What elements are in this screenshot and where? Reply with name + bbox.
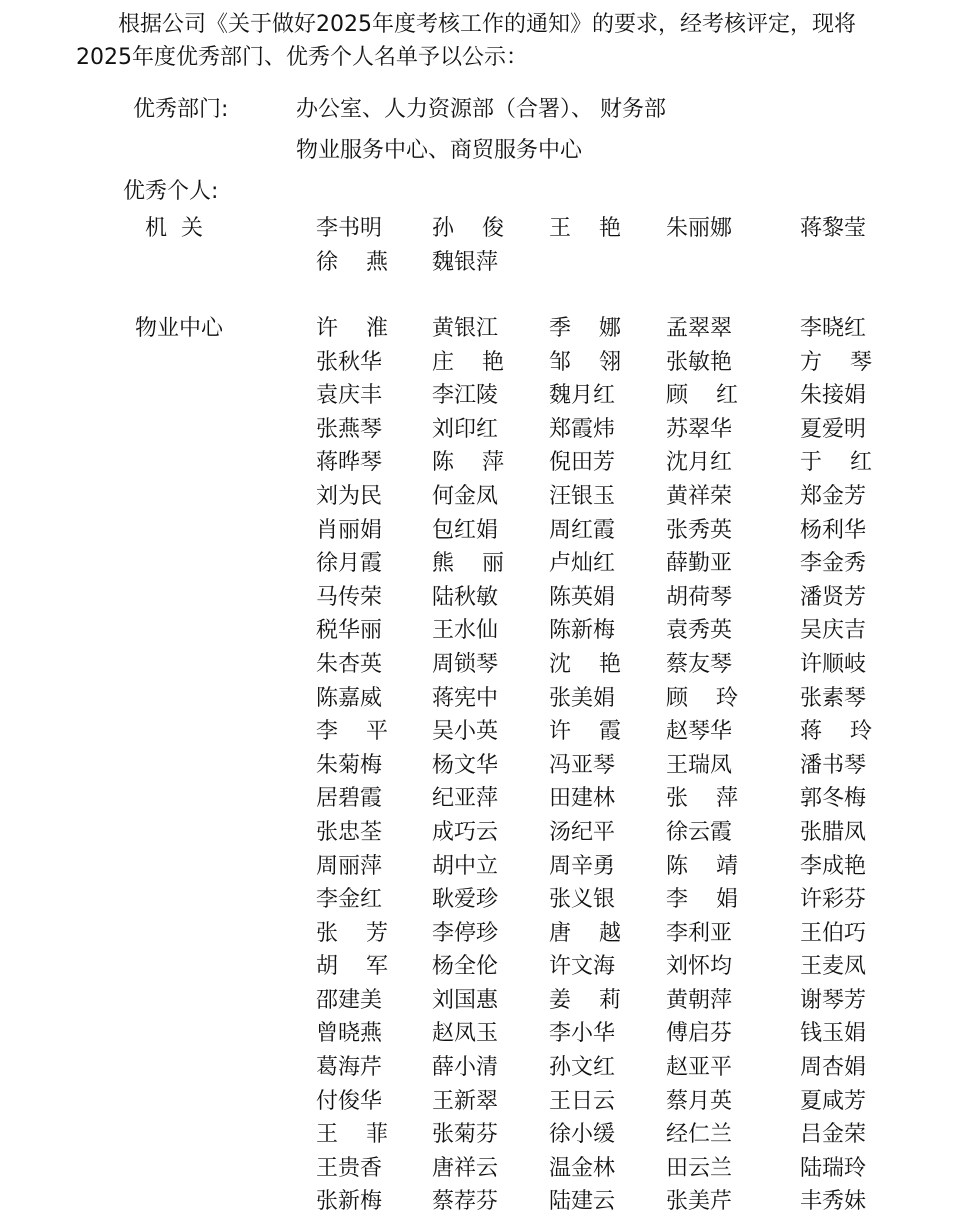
name-row: 张秋华庄艳邹翎张敏艳方琴 xyxy=(0,346,980,380)
name-row: 朱杏英周锁琴沈艳蔡友琴许顺岐 xyxy=(0,648,980,682)
person-name: 周丽萍 xyxy=(316,850,388,883)
person-name: 王水仙 xyxy=(432,614,504,647)
person-name: 李成艳 xyxy=(800,850,872,883)
person-name: 刘国惠 xyxy=(432,984,504,1017)
name-row: 周丽萍胡中立周辛勇陈靖李成艳 xyxy=(0,850,980,884)
person-name: 胡中立 xyxy=(432,850,504,883)
person-name: 李利亚 xyxy=(666,917,738,950)
person-name: 陈萍 xyxy=(432,446,504,479)
person-name: 汤纪平 xyxy=(549,816,621,849)
person-name: 薛勤亚 xyxy=(666,547,738,580)
person-name: 邹翎 xyxy=(549,346,621,379)
person-name: 许顺岐 xyxy=(800,648,872,681)
person-name: 汪银玉 xyxy=(549,480,621,513)
person-name: 李平 xyxy=(316,715,388,748)
person-name: 陈靖 xyxy=(666,850,738,883)
person-name: 许彩芬 xyxy=(800,883,872,916)
name-row: 陈嘉威蒋宪中张美娟顾玲张素琴 xyxy=(0,682,980,716)
person-name: 许文海 xyxy=(549,950,621,983)
name-row: 邵建美刘国惠姜莉黄朝萍谢琴芳 xyxy=(0,984,980,1018)
person-name: 唐越 xyxy=(549,917,621,950)
person-name: 孙文红 xyxy=(549,1051,621,1084)
person-name: 周杏娟 xyxy=(800,1051,872,1084)
name-row: 张忠荃成巧云汤纪平徐云霞张腊凤 xyxy=(0,816,980,850)
person-name: 唐祥云 xyxy=(432,1152,504,1185)
person-name: 蒋黎莹 xyxy=(800,212,872,245)
person-name: 朱接娟 xyxy=(800,379,872,412)
person-name: 郑霞炜 xyxy=(549,413,621,446)
department-line-2: 物业服务中心、商贸服务中心 xyxy=(296,134,582,167)
person-name: 徐燕 xyxy=(316,246,388,279)
person-name: 王伯巧 xyxy=(800,917,872,950)
person-name: 蔡月英 xyxy=(666,1085,738,1118)
person-name: 潘书琴 xyxy=(800,749,872,782)
person-name: 夏爱明 xyxy=(800,413,872,446)
person-name: 陆秋敏 xyxy=(432,581,504,614)
person-name: 沈艳 xyxy=(549,648,621,681)
person-name: 张敏艳 xyxy=(666,346,738,379)
person-name: 李停珍 xyxy=(432,917,504,950)
person-name: 马传荣 xyxy=(316,581,388,614)
person-name: 蒋晔琴 xyxy=(316,446,388,479)
person-name: 王艳 xyxy=(549,212,621,245)
person-name: 孟翠翠 xyxy=(666,312,738,345)
person-name: 于红 xyxy=(800,446,872,479)
person-name: 朱杏英 xyxy=(316,648,388,681)
name-row: 张新梅蔡荐芬陆建云张美芹丰秀妹 xyxy=(0,1185,980,1219)
person-name: 张萍 xyxy=(666,782,738,815)
person-name: 李娟 xyxy=(666,883,738,916)
name-row: 张燕琴刘印红郑霞炜苏翠华夏爱明 xyxy=(0,413,980,447)
name-row: 袁庆丰李江陵魏月红顾红朱接娟 xyxy=(0,379,980,413)
name-row: 蒋晔琴陈萍倪田芳沈月红于红 xyxy=(0,446,980,480)
name-row: 肖丽娟包红娟周红霞张秀英杨利华 xyxy=(0,514,980,548)
person-name: 王菲 xyxy=(316,1118,388,1151)
name-row: 李平吴小英许霞赵琴华蒋玲 xyxy=(0,715,980,749)
person-name: 庄艳 xyxy=(432,346,504,379)
name-row: 曾晓燕赵凤玉李小华傅启芬钱玉娟 xyxy=(0,1017,980,1051)
person-name: 张忠荃 xyxy=(316,816,388,849)
person-name: 赵凤玉 xyxy=(432,1017,504,1050)
person-name: 王新翠 xyxy=(432,1085,504,1118)
person-name: 经仁兰 xyxy=(666,1118,738,1151)
person-name: 王瑞凤 xyxy=(666,749,738,782)
group-jiguan-names: 李书明孙俊王艳朱丽娜蒋黎莹徐燕魏银萍 xyxy=(0,212,980,279)
person-name: 胡荷琴 xyxy=(666,581,738,614)
person-name: 苏翠华 xyxy=(666,413,738,446)
person-name: 张菊芬 xyxy=(432,1118,504,1151)
person-name: 张芳 xyxy=(316,917,388,950)
person-name: 刘印红 xyxy=(432,413,504,446)
name-row: 王菲张菊芬徐小缓经仁兰吕金荣 xyxy=(0,1118,980,1152)
excellent-individuals-label: 优秀个人: xyxy=(123,175,218,208)
person-name: 徐小缓 xyxy=(549,1118,621,1151)
person-name: 吴小英 xyxy=(432,715,504,748)
person-name: 王麦凤 xyxy=(800,950,872,983)
name-row: 刘为民何金凤汪银玉黄祥荣郑金芳 xyxy=(0,480,980,514)
person-name: 赵琴华 xyxy=(666,715,738,748)
person-name: 顾红 xyxy=(666,379,738,412)
person-name: 葛海芹 xyxy=(316,1051,388,1084)
person-name: 沈月红 xyxy=(666,446,738,479)
person-name: 魏银萍 xyxy=(432,246,504,279)
name-row: 徐月霞熊丽卢灿红薛勤亚李金秀 xyxy=(0,547,980,581)
person-name: 倪田芳 xyxy=(549,446,621,479)
person-name: 温金林 xyxy=(549,1152,621,1185)
person-name: 成巧云 xyxy=(432,816,504,849)
person-name: 吕金荣 xyxy=(800,1118,872,1151)
person-name: 谢琴芳 xyxy=(800,984,872,1017)
person-name: 李晓红 xyxy=(800,312,872,345)
name-row: 徐燕魏银萍 xyxy=(0,246,980,280)
name-row: 张芳李停珍唐越李利亚王伯巧 xyxy=(0,917,980,951)
person-name: 郑金芳 xyxy=(800,480,872,513)
person-name: 丰秀妹 xyxy=(800,1185,872,1218)
department-line-1: 办公室、人力资源部（合署）、 财务部 xyxy=(296,93,666,126)
name-row: 朱菊梅杨文华冯亚琴王瑞凤潘书琴 xyxy=(0,749,980,783)
person-name: 薛小清 xyxy=(432,1051,504,1084)
person-name: 李书明 xyxy=(316,212,388,245)
person-name: 陆建云 xyxy=(549,1185,621,1218)
person-name: 周红霞 xyxy=(549,514,621,547)
person-name: 杨文华 xyxy=(432,749,504,782)
person-name: 陈嘉威 xyxy=(316,682,388,715)
name-row: 付俊华王新翠王日云蔡月英夏咸芳 xyxy=(0,1085,980,1119)
person-name: 潘贤芳 xyxy=(800,581,872,614)
name-row: 许淮黄银江季娜孟翠翠李晓红 xyxy=(0,312,980,346)
person-name: 邵建美 xyxy=(316,984,388,1017)
person-name: 付俊华 xyxy=(316,1085,388,1118)
person-name: 张腊凤 xyxy=(800,816,872,849)
person-name: 袁秀英 xyxy=(666,614,738,647)
person-name: 黄银江 xyxy=(432,312,504,345)
person-name: 徐月霞 xyxy=(316,547,388,580)
person-name: 蒋玲 xyxy=(800,715,872,748)
person-name: 李金秀 xyxy=(800,547,872,580)
name-row: 税华丽王水仙陈新梅袁秀英吴庆吉 xyxy=(0,614,980,648)
person-name: 赵亚平 xyxy=(666,1051,738,1084)
person-name: 肖丽娟 xyxy=(316,514,388,547)
person-name: 陈新梅 xyxy=(549,614,621,647)
person-name: 张美芹 xyxy=(666,1185,738,1218)
person-name: 胡军 xyxy=(316,950,388,983)
person-name: 税华丽 xyxy=(316,614,388,647)
name-row: 葛海芹薛小清孙文红赵亚平周杏娟 xyxy=(0,1051,980,1085)
person-name: 杨全伦 xyxy=(432,950,504,983)
person-name: 张素琴 xyxy=(800,682,872,715)
person-name: 张秀英 xyxy=(666,514,738,547)
person-name: 蔡荐芬 xyxy=(432,1185,504,1218)
person-name: 张燕琴 xyxy=(316,413,388,446)
person-name: 张秋华 xyxy=(316,346,388,379)
person-name: 许霞 xyxy=(549,715,621,748)
person-name: 刘怀均 xyxy=(666,950,738,983)
person-name: 刘为民 xyxy=(316,480,388,513)
excellent-departments-label: 优秀部门: xyxy=(133,93,228,126)
person-name: 黄朝萍 xyxy=(666,984,738,1017)
person-name: 吴庆吉 xyxy=(800,614,872,647)
person-name: 朱菊梅 xyxy=(316,749,388,782)
name-row: 胡军杨全伦许文海刘怀均王麦凤 xyxy=(0,950,980,984)
person-name: 耿爱珍 xyxy=(432,883,504,916)
person-name: 周锁琴 xyxy=(432,648,504,681)
person-name: 姜莉 xyxy=(549,984,621,1017)
name-row: 马传荣陆秋敏陈英娟胡荷琴潘贤芳 xyxy=(0,581,980,615)
person-name: 田建林 xyxy=(549,782,621,815)
person-name: 李小华 xyxy=(549,1017,621,1050)
person-name: 杨利华 xyxy=(800,514,872,547)
person-name: 方琴 xyxy=(800,346,872,379)
person-name: 王日云 xyxy=(549,1085,621,1118)
intro-paragraph: 根据公司《关于做好2025年度考核工作的通知》的要求，经考核评定，现将2025年… xyxy=(76,8,906,74)
person-name: 曾晓燕 xyxy=(316,1017,388,1050)
person-name: 李江陵 xyxy=(432,379,504,412)
person-name: 陈英娟 xyxy=(549,581,621,614)
person-name: 周辛勇 xyxy=(549,850,621,883)
person-name: 朱丽娜 xyxy=(666,212,738,245)
person-name: 顾玲 xyxy=(666,682,738,715)
person-name: 张义银 xyxy=(549,883,621,916)
person-name: 孙俊 xyxy=(432,212,504,245)
name-row: 王贵香唐祥云温金林田云兰陆瑞玲 xyxy=(0,1152,980,1186)
person-name: 郭冬梅 xyxy=(800,782,872,815)
person-name: 李金红 xyxy=(316,883,388,916)
group-wuye-names: 许淮黄银江季娜孟翠翠李晓红张秋华庄艳邹翎张敏艳方琴袁庆丰李江陵魏月红顾红朱接娟张… xyxy=(0,312,980,1219)
person-name: 包红娟 xyxy=(432,514,504,547)
person-name: 傅启芬 xyxy=(666,1017,738,1050)
person-name: 黄祥荣 xyxy=(666,480,738,513)
person-name: 钱玉娟 xyxy=(800,1017,872,1050)
person-name: 蔡友琴 xyxy=(666,648,738,681)
person-name: 张新梅 xyxy=(316,1185,388,1218)
person-name: 魏月红 xyxy=(549,379,621,412)
person-name: 何金凤 xyxy=(432,480,504,513)
person-name: 徐云霞 xyxy=(666,816,738,849)
person-name: 陆瑞玲 xyxy=(800,1152,872,1185)
person-name: 蒋宪中 xyxy=(432,682,504,715)
person-name: 袁庆丰 xyxy=(316,379,388,412)
name-row: 李书明孙俊王艳朱丽娜蒋黎莹 xyxy=(0,212,980,246)
person-name: 卢灿红 xyxy=(549,547,621,580)
person-name: 纪亚萍 xyxy=(432,782,504,815)
person-name: 田云兰 xyxy=(666,1152,738,1185)
person-name: 季娜 xyxy=(549,312,621,345)
person-name: 冯亚琴 xyxy=(549,749,621,782)
person-name: 张美娟 xyxy=(549,682,621,715)
person-name: 居碧霞 xyxy=(316,782,388,815)
person-name: 许淮 xyxy=(316,312,388,345)
person-name: 熊丽 xyxy=(432,547,504,580)
name-row: 李金红耿爱珍张义银李娟许彩芬 xyxy=(0,883,980,917)
name-row: 居碧霞纪亚萍田建林张萍郭冬梅 xyxy=(0,782,980,816)
person-name: 夏咸芳 xyxy=(800,1085,872,1118)
person-name: 王贵香 xyxy=(316,1152,388,1185)
